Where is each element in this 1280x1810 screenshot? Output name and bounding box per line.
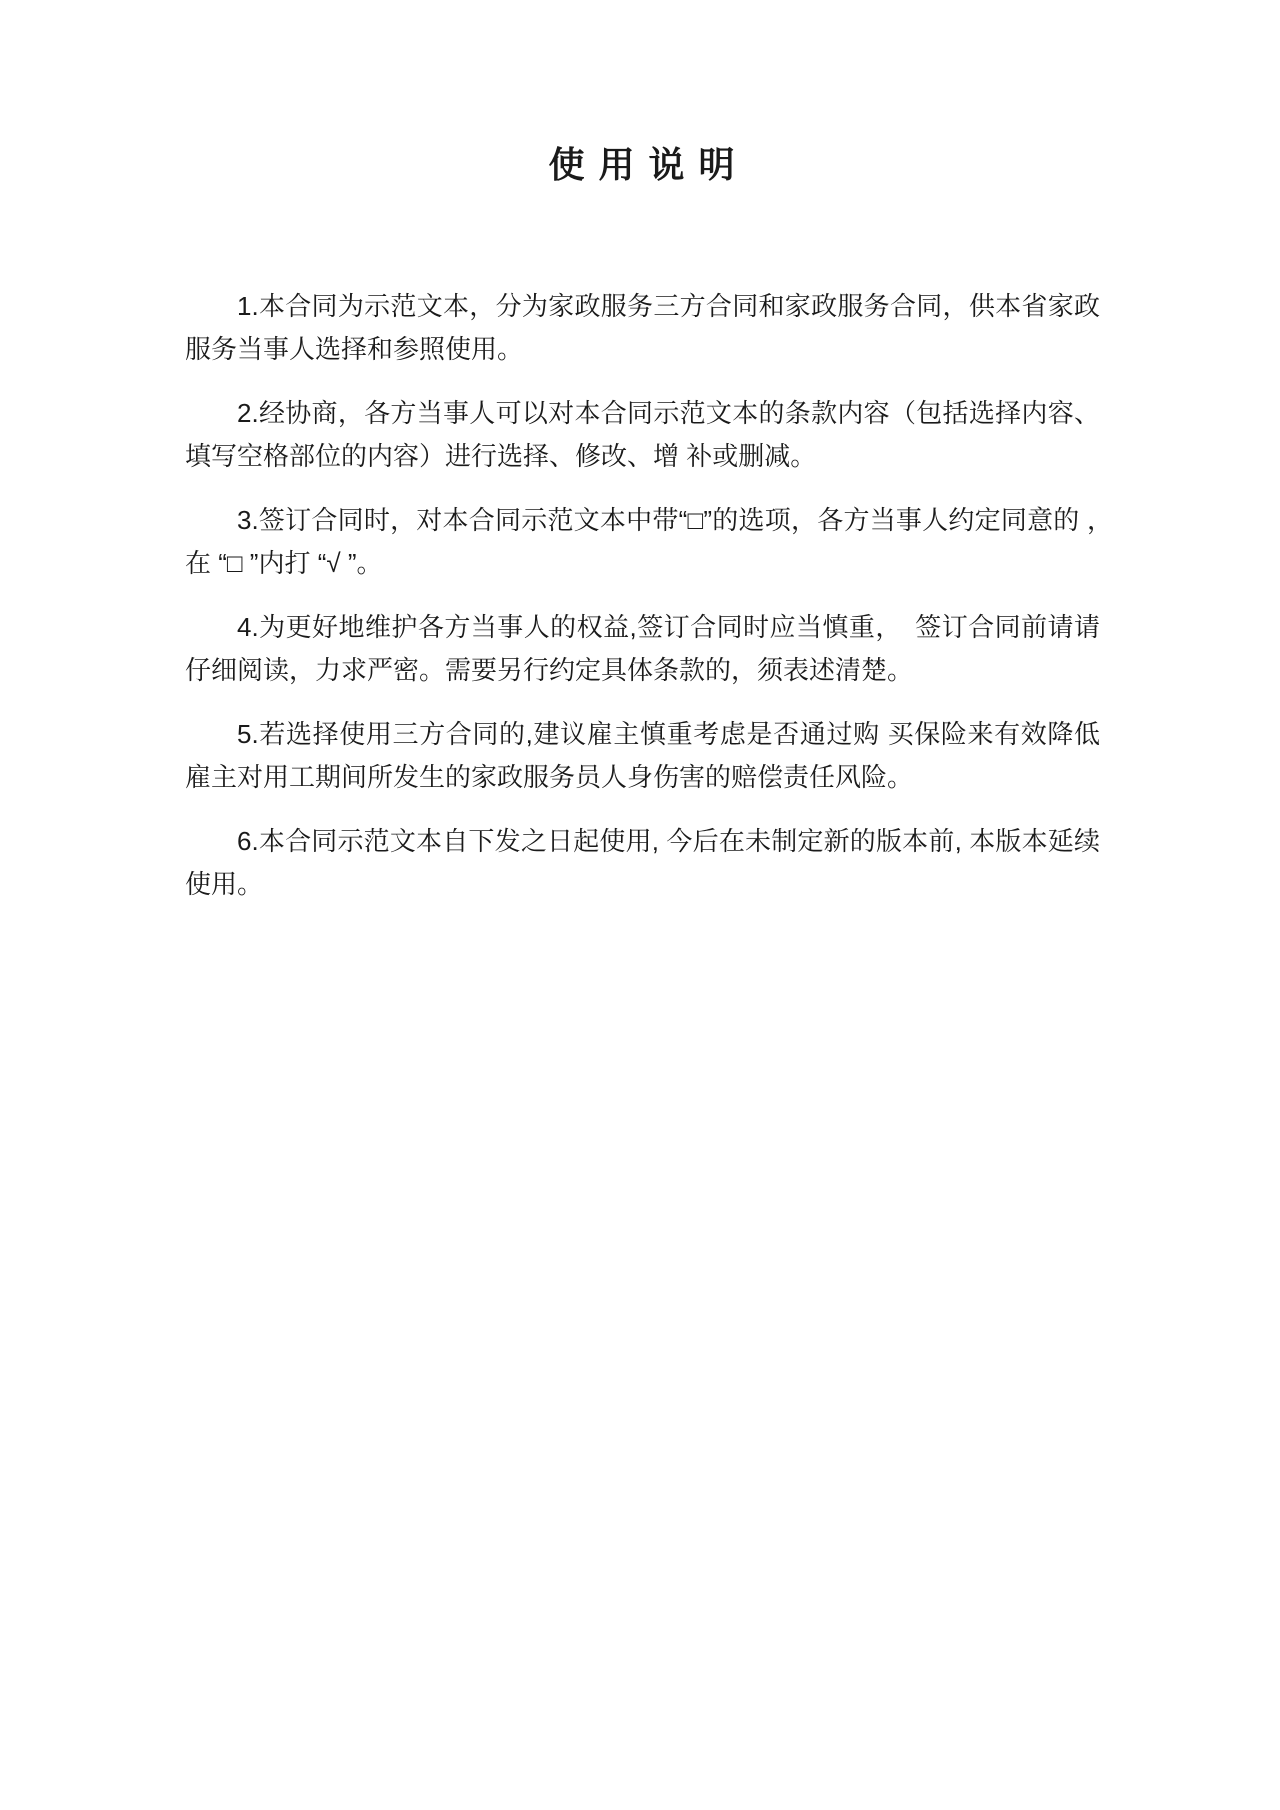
document-title: 使 用 说 明: [185, 142, 1100, 188]
paragraph-4: 4.为更好地维护各方当事人的权益,签订合同时应当慎重， 签订合同前请请仔细阅读，…: [185, 606, 1100, 692]
paragraph-6: 6.本合同示范文本自下发之日起使用, 今后在未制定新的版本前, 本版本延续使用。: [185, 820, 1100, 906]
usage-instructions-page: 使 用 说 明 1.本合同为示范文本，分为家政服务三方合同和家政服务合同，供本省…: [0, 0, 1280, 1810]
paragraph-2: 2.经协商，各方当事人可以对本合同示范文本的条款内容（包括选择内容、填写空格部位…: [185, 392, 1100, 478]
paragraph-5: 5.若选择使用三方合同的,建议雇主慎重考虑是否通过购 买保险来有效降低雇主对用工…: [185, 713, 1100, 799]
paragraph-1: 1.本合同为示范文本，分为家政服务三方合同和家政服务合同，供本省家政服务当事人选…: [185, 285, 1100, 371]
paragraph-3: 3.签订合同时，对本合同示范文本中带“□”的选项，各方当事人约定同意的 ， 在 …: [185, 499, 1100, 585]
document-body: 1.本合同为示范文本，分为家政服务三方合同和家政服务合同，供本省家政服务当事人选…: [185, 285, 1100, 906]
